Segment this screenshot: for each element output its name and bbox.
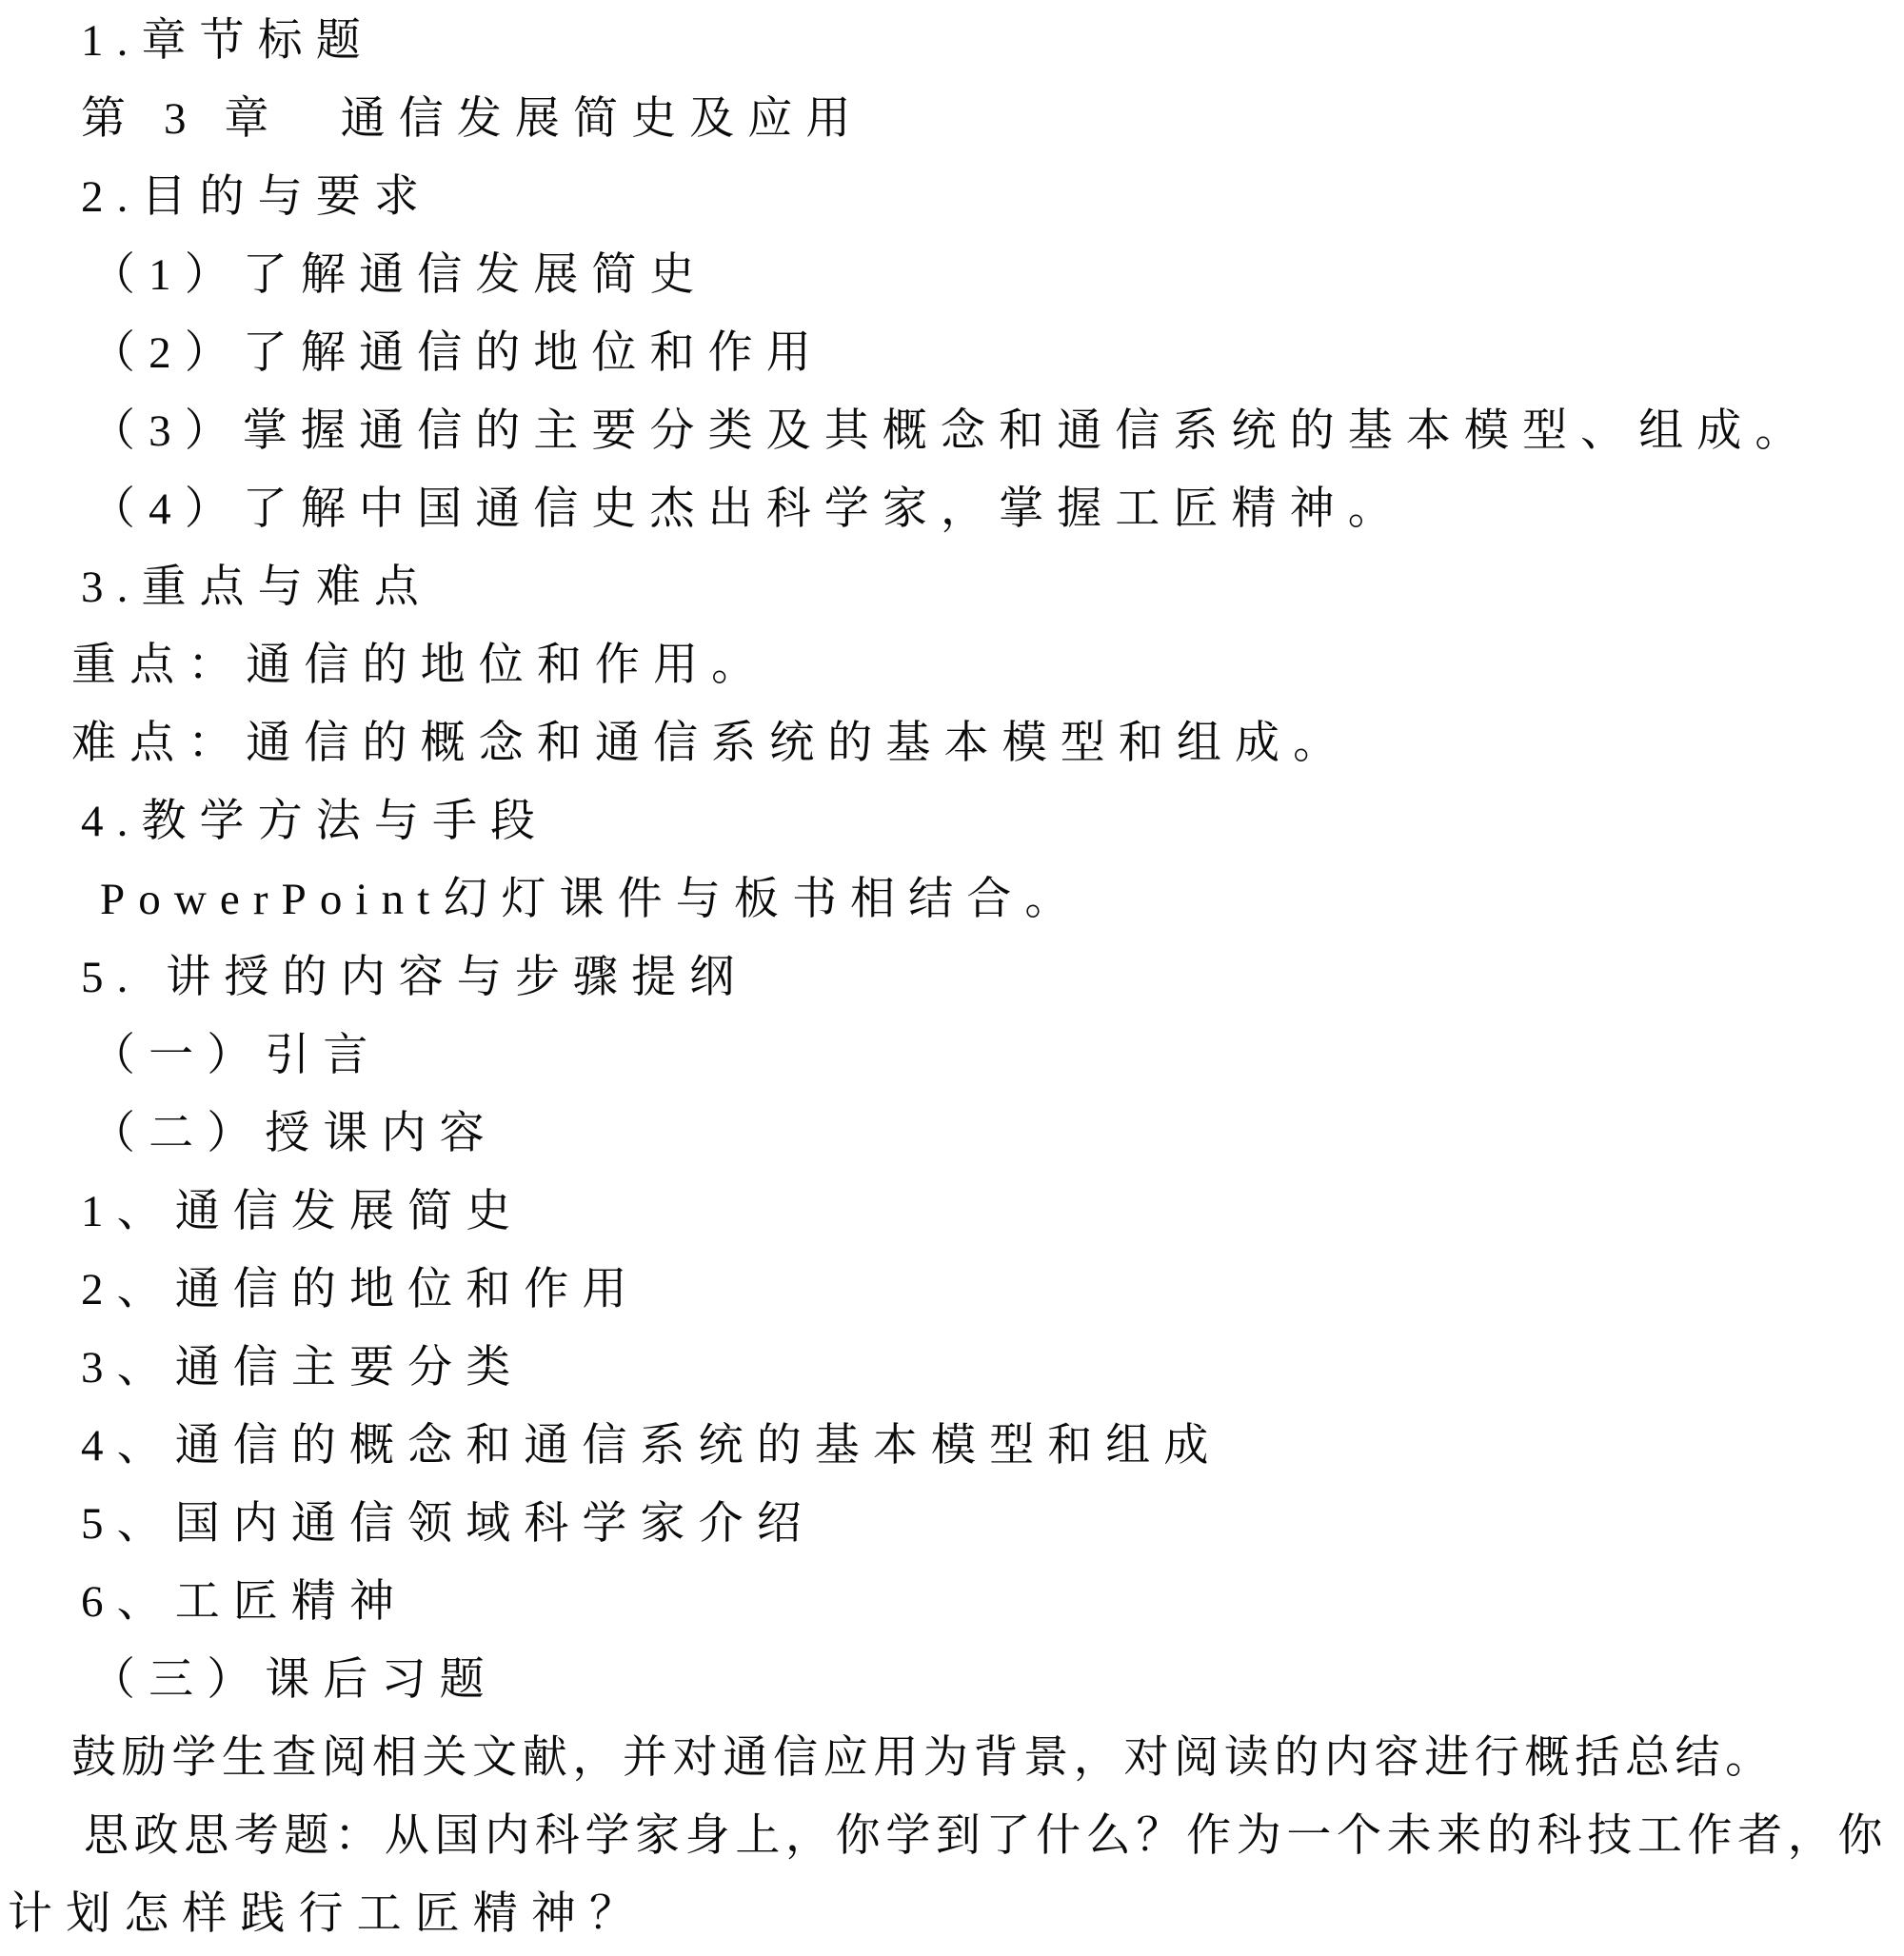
- text-line-homework-heading: （三）课后习题: [0, 1641, 1904, 1719]
- text-line-objective-1: （1）了解通信发展简史: [0, 236, 1904, 314]
- text-line-topic-3: 3、通信主要分类: [0, 1329, 1904, 1407]
- text-line-topic-5: 5、国内通信领域科学家介绍: [0, 1485, 1904, 1563]
- text-line-objective-4: （4）了解中国通信史杰出科学家，掌握工匠精神。: [0, 470, 1904, 548]
- text-line-section-heading: 1.章节标题: [0, 2, 1904, 80]
- document-page: 1.章节标题 第 3 章 通信发展简史及应用 2.目的与要求 （1）了解通信发展…: [0, 0, 1904, 1956]
- text-line-outline-intro: （一）引言: [0, 1017, 1904, 1095]
- text-line-topic-2: 2、通信的地位和作用: [0, 1251, 1904, 1329]
- text-line-difficulty: 难点：通信的概念和通信系统的基本模型和组成。: [0, 704, 1904, 782]
- text-line-keypoint: 重点：通信的地位和作用。: [0, 626, 1904, 704]
- text-line-chapter-title: 第 3 章 通信发展简史及应用: [0, 80, 1904, 158]
- text-line-topic-4: 4、通信的概念和通信系统的基本模型和组成: [0, 1407, 1904, 1485]
- text-line-objective-3: （3）掌握通信的主要分类及其概念和通信系统的基本模型、组成。: [0, 392, 1904, 470]
- text-line-objectives-heading: 2.目的与要求: [0, 158, 1904, 236]
- text-line-methods-heading: 4.教学方法与手段: [0, 782, 1904, 860]
- text-line-outline-content: （二）授课内容: [0, 1095, 1904, 1173]
- text-line-keypoints-heading: 3.重点与难点: [0, 548, 1904, 626]
- text-line-outline-heading: 5. 讲授的内容与步骤提纲: [0, 938, 1904, 1017]
- text-line-homework-body: 鼓励学生查阅相关文献，并对通信应用为背景，对阅读的内容进行概括总结。: [0, 1719, 1904, 1797]
- text-line-topic-1: 1、通信发展简史: [0, 1173, 1904, 1251]
- text-line-methods-body: PowerPoint幻灯课件与板书相结合。: [0, 860, 1904, 938]
- text-line-topic-6: 6、工匠精神: [0, 1563, 1904, 1641]
- text-line-ideology-question: 思政思考题：从国内科学家身上，你学到了什么？作为一个未来的科技工作者，你: [0, 1797, 1904, 1875]
- text-line-objective-2: （2）了解通信的地位和作用: [0, 314, 1904, 392]
- text-line-ideology-question-cont: 计划怎样践行工匠精神？: [0, 1875, 1904, 1953]
